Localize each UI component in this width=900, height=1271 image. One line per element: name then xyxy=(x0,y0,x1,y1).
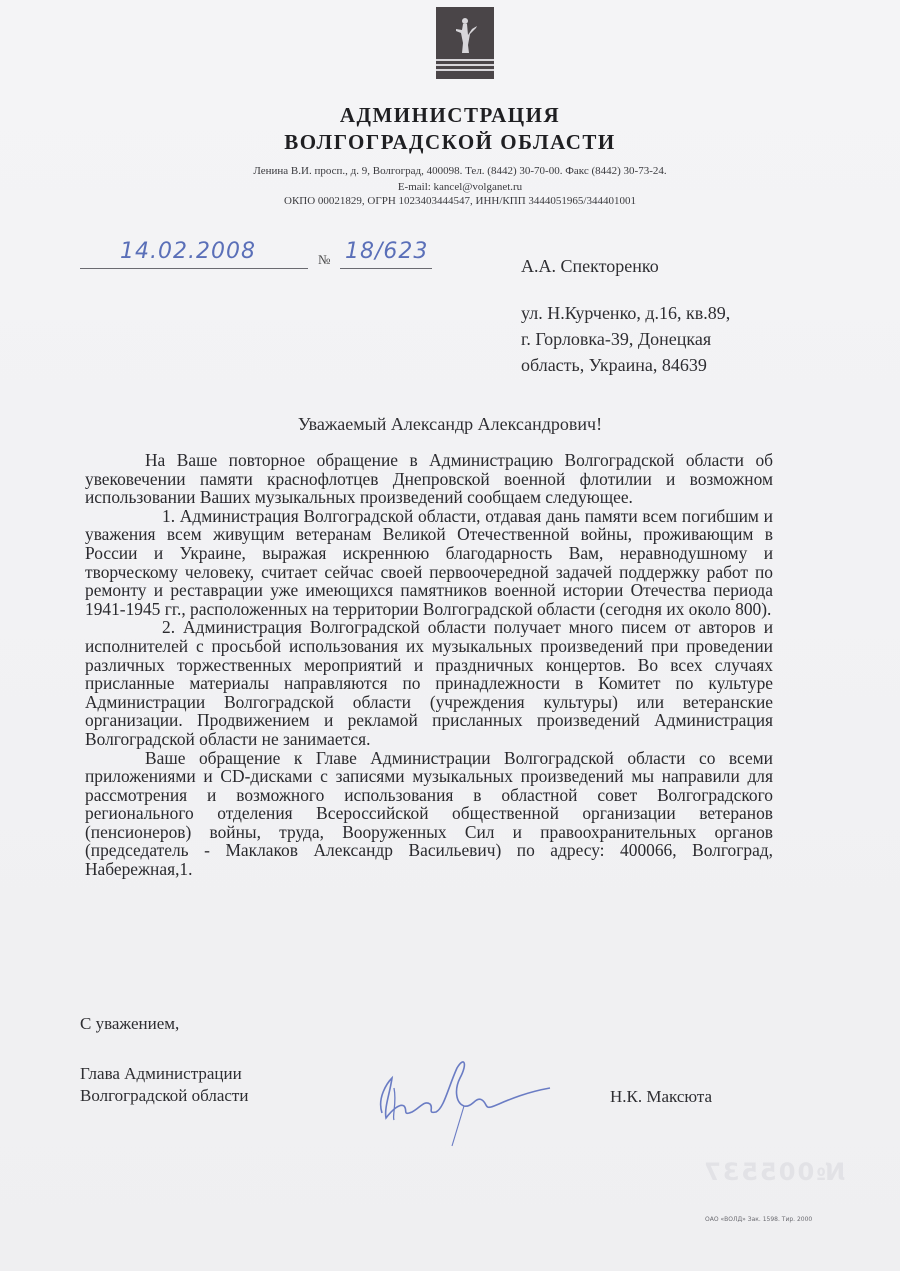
number-underline xyxy=(340,268,432,269)
body-paragraph-referral: Ваше обращение к Главе Администрации Вол… xyxy=(85,749,773,879)
printer-imprint: ОАО «ВОЛД» Зак. 1598. Тир. 2000 xyxy=(705,1216,812,1223)
bleed-through-stamp: №005537 xyxy=(702,1158,845,1186)
signer-position-line2: Волгоградской области xyxy=(80,1085,248,1107)
emblem-stripe xyxy=(436,69,494,71)
handwritten-signature xyxy=(372,1048,557,1148)
body-paragraph-point-2: 2. Администрация Волгоградской области п… xyxy=(85,618,773,748)
body-paragraph-point-1: 1. Администрация Волгоградской области, … xyxy=(85,507,773,619)
date-underline xyxy=(80,268,308,269)
org-name-line1: АДМИНИСТРАЦИЯ xyxy=(0,103,900,128)
body-paragraph-intro: На Ваше повторное обращение в Администра… xyxy=(85,451,773,507)
salutation: Уважаемый Александр Александрович! xyxy=(0,414,900,435)
emblem-stripe xyxy=(436,64,494,66)
addressee-address-line3: область, Украина, 84639 xyxy=(521,352,707,378)
closing-regards: С уважением, xyxy=(80,1013,179,1035)
addressee-name: А.А. Спекторенко xyxy=(521,253,659,279)
registration-number: 18/623 xyxy=(345,239,428,264)
number-label: № xyxy=(318,252,330,268)
addressee-address-line2: г. Горловка-39, Донецкая xyxy=(521,326,711,352)
letter-page: АДМИНИСТРАЦИЯ ВОЛГОГРАДСКОЙ ОБЛАСТИ Лени… xyxy=(0,0,900,1271)
addressee-address-line1: ул. Н.Курченко, д.16, кв.89, xyxy=(521,300,730,326)
letter-body: На Ваше повторное обращение в Администра… xyxy=(85,451,773,879)
contact-address-phone: Ленина В.И. просп., д. 9, Волгоград, 400… xyxy=(0,165,900,177)
signer-name: Н.К. Максюта xyxy=(610,1087,712,1107)
contact-email: E-mail: kancel@volganet.ru xyxy=(0,181,900,193)
motherland-statue-icon xyxy=(450,15,480,57)
signer-position-line1: Глава Администрации xyxy=(80,1063,242,1085)
emblem-stripe xyxy=(436,59,494,61)
contact-registry-codes: ОКПО 00021829, ОГРН 1023403444547, ИНН/К… xyxy=(0,195,900,207)
coat-of-arms-emblem xyxy=(436,7,494,79)
registration-date: 14.02.2008 xyxy=(120,239,256,264)
org-name-line2: ВОЛГОГРАДСКОЙ ОБЛАСТИ xyxy=(0,130,900,155)
